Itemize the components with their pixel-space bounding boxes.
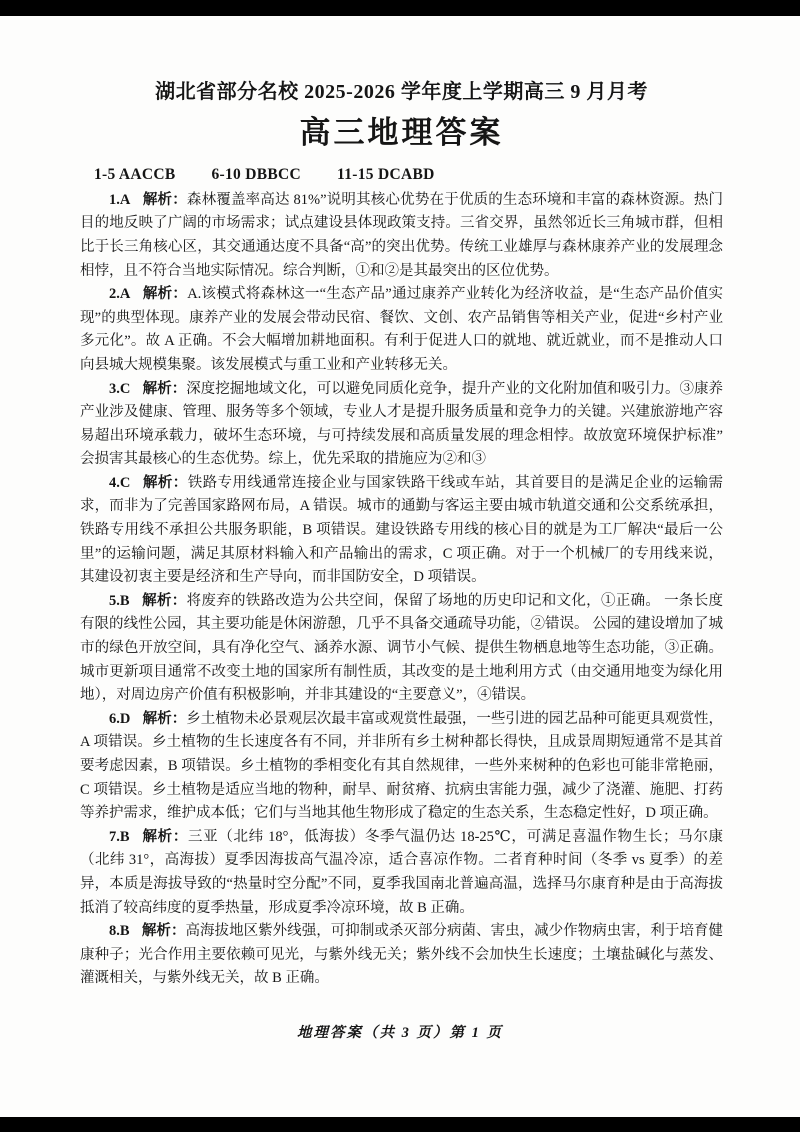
answer-key-group-11-15: 11-15 DCABD [337,166,435,184]
answer-label-3C: 3.C [109,381,130,397]
answer-label-8B: 8.B [109,923,130,939]
answer-key-line: 1-5 AACCB 6-10 DBBCC 11-15 DCABD [80,166,723,184]
page-footer: 地理答案（共 3 页）第 1 页 [0,1021,800,1042]
explanation-2A: 2.A解析：A.该模式将森林这一“生态产品”通过康养产业转化为经济收益，是“生态… [80,283,723,377]
answer-sheet-title: 高三地理答案 [80,114,723,153]
explanation-1A: 1.A解析：森林覆盖率高达 81%”说明其核心优势在于优质的生态环境和丰富的森林… [80,189,723,283]
analysis-lead-3C: 解析： [143,381,187,397]
answer-label-4C: 4.C [109,475,130,491]
letterbox-top-bar [0,0,800,16]
analysis-lead-4C: 解析： [143,475,188,491]
explanation-text-5B: 将废弃的铁路改造为公共空间，保留了场地的历史印记和文化，①正确。 一条长度有限的… [80,593,723,703]
analysis-lead-2A: 解析： [143,286,188,302]
answer-label-2A: 2.A [109,286,130,302]
analysis-lead-6D: 解析： [143,711,187,727]
explanation-6D: 6.D解析：乡土植物未必景观层次最丰富或观赏性最强，一些引进的园艺品种可能更具观… [80,708,723,826]
answer-label-5B: 5.B [109,593,130,609]
exam-header-title: 湖北省部分名校 2025-2026 学年度上学期高三 9 月月考 [80,80,723,104]
analysis-lead-7B: 解析： [142,829,188,845]
document-page: 湖北省部分名校 2025-2026 学年度上学期高三 9 月月考 高三地理答案 … [0,16,800,1117]
explanation-text-4C: 铁路专用线通常连接企业与国家铁路干线或车站，其首要目的是满足企业的运输需求，而非… [80,475,723,585]
answer-key-group-1-5: 1-5 AACCB [94,166,176,184]
answer-label-1A: 1.A [109,192,130,208]
explanation-8B: 8.B解析：高海拔地区紫外线强，可抑制或杀灭部分病菌、害虫，减少作物病虫害，利于… [80,920,723,991]
explanation-3C: 3.C解析：深度挖掘地域文化，可以避免同质化竞争，提升产业的文化附加值和吸引力。… [80,378,723,472]
analysis-lead-1A: 解析： [143,192,187,208]
explanation-5B: 5.B解析：将废弃的铁路改造为公共空间，保留了场地的历史印记和文化，①正确。 一… [80,590,723,708]
letterbox-bottom-bar [0,1117,800,1132]
analysis-lead-5B: 解析： [142,593,187,609]
explanation-7B: 7.B解析：三亚（北纬 18°，低海拔）冬季气温仍达 18-25℃，可满足喜温作… [80,826,723,920]
explanation-4C: 4.C解析：铁路专用线通常连接企业与国家铁路干线或车站，其首要目的是满足企业的运… [80,472,723,590]
explanation-text-6D: 乡土植物未必景观层次最丰富或观赏性最强，一些引进的园艺品种可能更具观赏性，A 项… [80,711,723,821]
answer-key-group-6-10: 6-10 DBBCC [212,166,302,184]
answer-label-6D: 6.D [109,711,130,727]
answer-label-7B: 7.B [109,829,130,845]
analysis-lead-8B: 解析： [142,923,186,939]
